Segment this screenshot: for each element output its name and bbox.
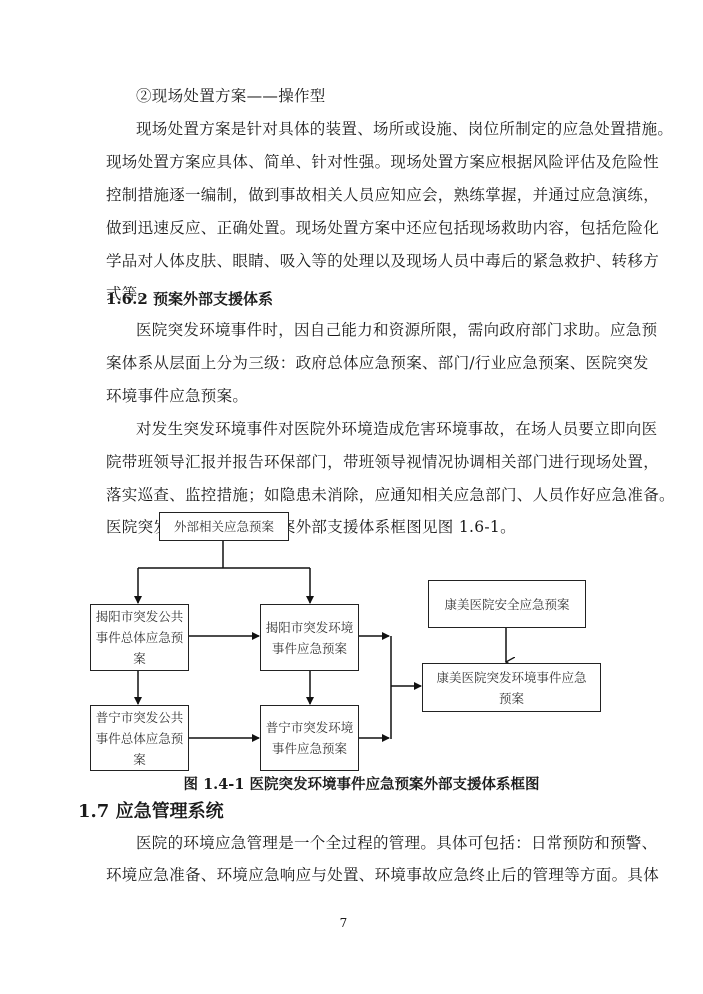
node-puning-public-plan: 普宁市突发公共事件总体应急预案 (90, 705, 189, 771)
document-page: ②现场处置方案——操作型 现场处置方案是针对具体的装置、场所或设施、岗位所制定的… (0, 0, 703, 994)
node-jieyang-env-plan: 揭阳市突发环境事件应急预案 (260, 604, 359, 671)
node-external-plans: 外部相关应急预案 (159, 512, 289, 541)
page-number: 7 (0, 916, 695, 930)
para4-line: 环境应急准备、环境应急响应与处置、环境事故应急终止后的管理等方面。具体 (106, 865, 606, 885)
figure-caption: 图 1.4-1 医院突发环境事件应急预案外部支援体系框图 (10, 776, 703, 794)
node-kangmei-safety-plan: 康美医院安全应急预案 (428, 580, 586, 628)
para4-line: 医院的环境应急管理是一个全过程的管理。具体可包括：日常预防和预警、 (136, 833, 636, 853)
node-puning-env-plan: 普宁市突发环境事件应急预案 (260, 705, 359, 771)
node-jieyang-public-plan: 揭阳市突发公共事件总体应急预案 (90, 604, 189, 671)
node-kangmei-env-plan: 康美医院突发环境事件应急预案 (422, 663, 601, 712)
section-heading-1-7: 1.7 应急管理系统 (78, 801, 224, 823)
